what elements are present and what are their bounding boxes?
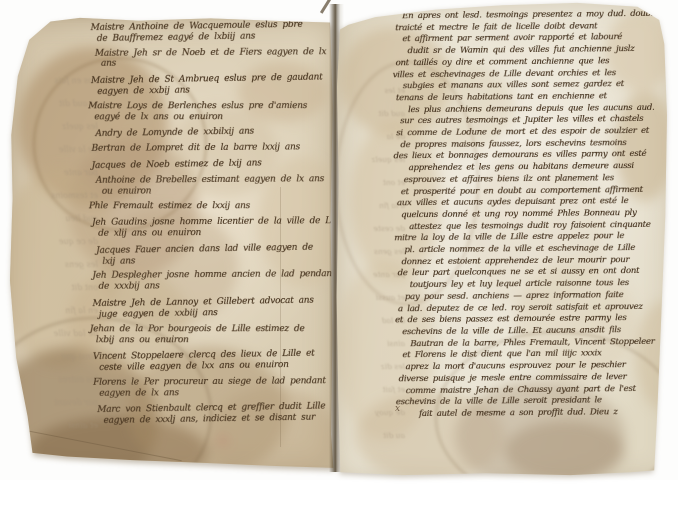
text-line: apprehendez et les gens ou habitans deme…	[409, 161, 665, 175]
text-line: dudit sr de Wamin qui des villes fut anc…	[407, 44, 663, 58]
show-through-line: par ante	[12, 161, 98, 184]
show-through-line: a la fin	[343, 194, 405, 217]
entry-line-1: Anthoine de Brebelles estimant eagyen de…	[96, 174, 334, 186]
entry-line-2: de xlij ans ou enuiron	[98, 227, 334, 239]
entry-line-1: Jeh Desplegher josne homme ancien de lad…	[92, 269, 334, 281]
show-through-line: les gens	[12, 253, 98, 276]
entry-line-2: eagyen de lx ans	[99, 387, 335, 399]
manuscript-page-left: nos en faiset aud ditles quelzde la vill…	[8, 17, 335, 471]
register-entry: Maistre Anthoine de Wacquemoule eslus pb…	[90, 19, 332, 44]
register-entry: Anthoine de Brebelles estimant eagyen de…	[96, 174, 334, 197]
show-through-line: nos en fais	[12, 69, 98, 92]
show-through-line: et aussi	[343, 286, 405, 309]
left-page-handwriting: Maistre Anthoine de Wacquemoule eslus pb…	[91, 20, 336, 431]
left-page-wrapper: nos en faiset aud ditles quelzde la vill…	[8, 17, 335, 471]
right-page-handwriting: En apres ont lesd. tesmoings presentez a…	[399, 9, 667, 421]
entry-line-1: Phle Fremault estimez de lxxij ans	[89, 201, 334, 212]
register-entry: Jacques Fauer ancien dans lad ville eagy…	[96, 242, 334, 267]
show-through-line: au dit	[343, 424, 405, 447]
entry-line-1: Florens le Per procureur au siege de lad…	[93, 376, 335, 388]
register-entry: Phle Fremault estimez de lxxij ans	[89, 201, 334, 212]
entry-line-2: ou enuiron	[102, 185, 334, 197]
register-entry: Andry de Lomynde de xxbilxij ans	[95, 125, 333, 140]
entry-line-1: Jacques de Noeb estimez de lxij ans	[92, 157, 334, 172]
register-entry: Maistre Jeh de Lannoy et Gillebert advoc…	[92, 295, 334, 320]
show-through-line: par ante	[343, 263, 405, 286]
entry-line-2: eagyé de lx ans ou enuiron	[94, 111, 333, 122]
entry-line-2: eagyen de xxbij ans	[97, 83, 333, 98]
entry-line-2: eagyen de xxxlj ans, indiciez et se disa…	[103, 412, 335, 426]
manuscript-scan: nos en faiset aud ditles quelzde la vill…	[0, 0, 678, 480]
show-through-line: et ainsi	[12, 414, 98, 437]
entry-line-1: Andry de Lomynde de xxbilxij ans	[95, 125, 333, 140]
show-through-line: les diz	[343, 355, 405, 378]
show-through-line: et tesmoins	[12, 184, 98, 207]
show-through-line: ainsi	[343, 332, 405, 355]
show-through-line: en la fin	[12, 299, 98, 322]
entry-line-1: Jehan de la Por bourgeois de Lille estim…	[90, 323, 335, 334]
register-entry: Maistre Jeh sr de Noeb et de Fiers eagye…	[95, 47, 333, 70]
register-entry: Marc von Stienbault clercq et greffier d…	[97, 401, 335, 426]
show-through-line: de la ville	[12, 138, 98, 161]
show-through-line: de lad ville	[12, 322, 98, 345]
register-entry: Maistre Jeh de St Ambrueq eslus pre de g…	[91, 72, 333, 97]
register-entry: Jeh Desplegher josne homme ancien de lad…	[92, 269, 334, 292]
show-through-line: et aud dit	[12, 92, 98, 115]
entry-line-2: ans	[101, 58, 333, 70]
show-through-line: aud lieu	[12, 207, 98, 230]
register-entry: Jacques de Noeb estimez de lxij ans	[92, 157, 334, 172]
entry-line-1: Maistre Jeh sr de Noeb et de Fiers eagye…	[95, 47, 333, 59]
show-through-line: et ont	[343, 171, 405, 194]
entry-line-1: Bertran de Lompret dit de la barre lxxij…	[91, 142, 333, 154]
entry-line-2: lxbij ans ou enuiron	[96, 334, 335, 345]
register-entry: Vincent Stoppelaere clercq des lieux de …	[93, 348, 335, 373]
show-through-line: les autres	[12, 368, 98, 391]
right-page-wrapper: et lesaud ditde lales quelzet onta la fi…	[335, 1, 671, 477]
entry-line-1: Maistre Loys de Berlenches eslus pre d'a…	[88, 101, 333, 112]
entry-line-2: de xxxbij ans	[98, 280, 334, 292]
entry-line-1: Jeh Gaudins josne homme licentier de la …	[92, 216, 334, 228]
show-through-line: ont dit	[12, 276, 98, 299]
show-through-line: par devant	[12, 391, 98, 414]
register-entry: Jehan de la Por bourgeois de Lille estim…	[90, 323, 335, 345]
register-entry: Bertran de Lompret dit de la barre lxxij…	[91, 142, 333, 154]
show-through-text-left: nos en faiset aud ditles quelzde la vill…	[12, 69, 98, 449]
register-entry: Florens le Per procureur au siege de lad…	[93, 376, 335, 399]
text-line: fait autel de mesme a son proffit dud. D…	[419, 407, 667, 421]
show-through-line: les quelz	[12, 115, 98, 138]
register-entry: Maistre Loys de Berlenches eslus pre d'a…	[88, 101, 333, 123]
text-line: En apres ont lesd. tesmoings presentez a…	[402, 9, 663, 23]
show-through-line: de ce que	[12, 230, 98, 253]
register-entry: Jeh Gaudins josne homme licentier de la …	[92, 216, 334, 239]
manuscript-page-right: et lesaud ditde lales quelzet onta la fi…	[335, 1, 671, 477]
show-through-line: aud dit	[343, 102, 405, 125]
show-through-line: ainsi que	[12, 345, 98, 368]
